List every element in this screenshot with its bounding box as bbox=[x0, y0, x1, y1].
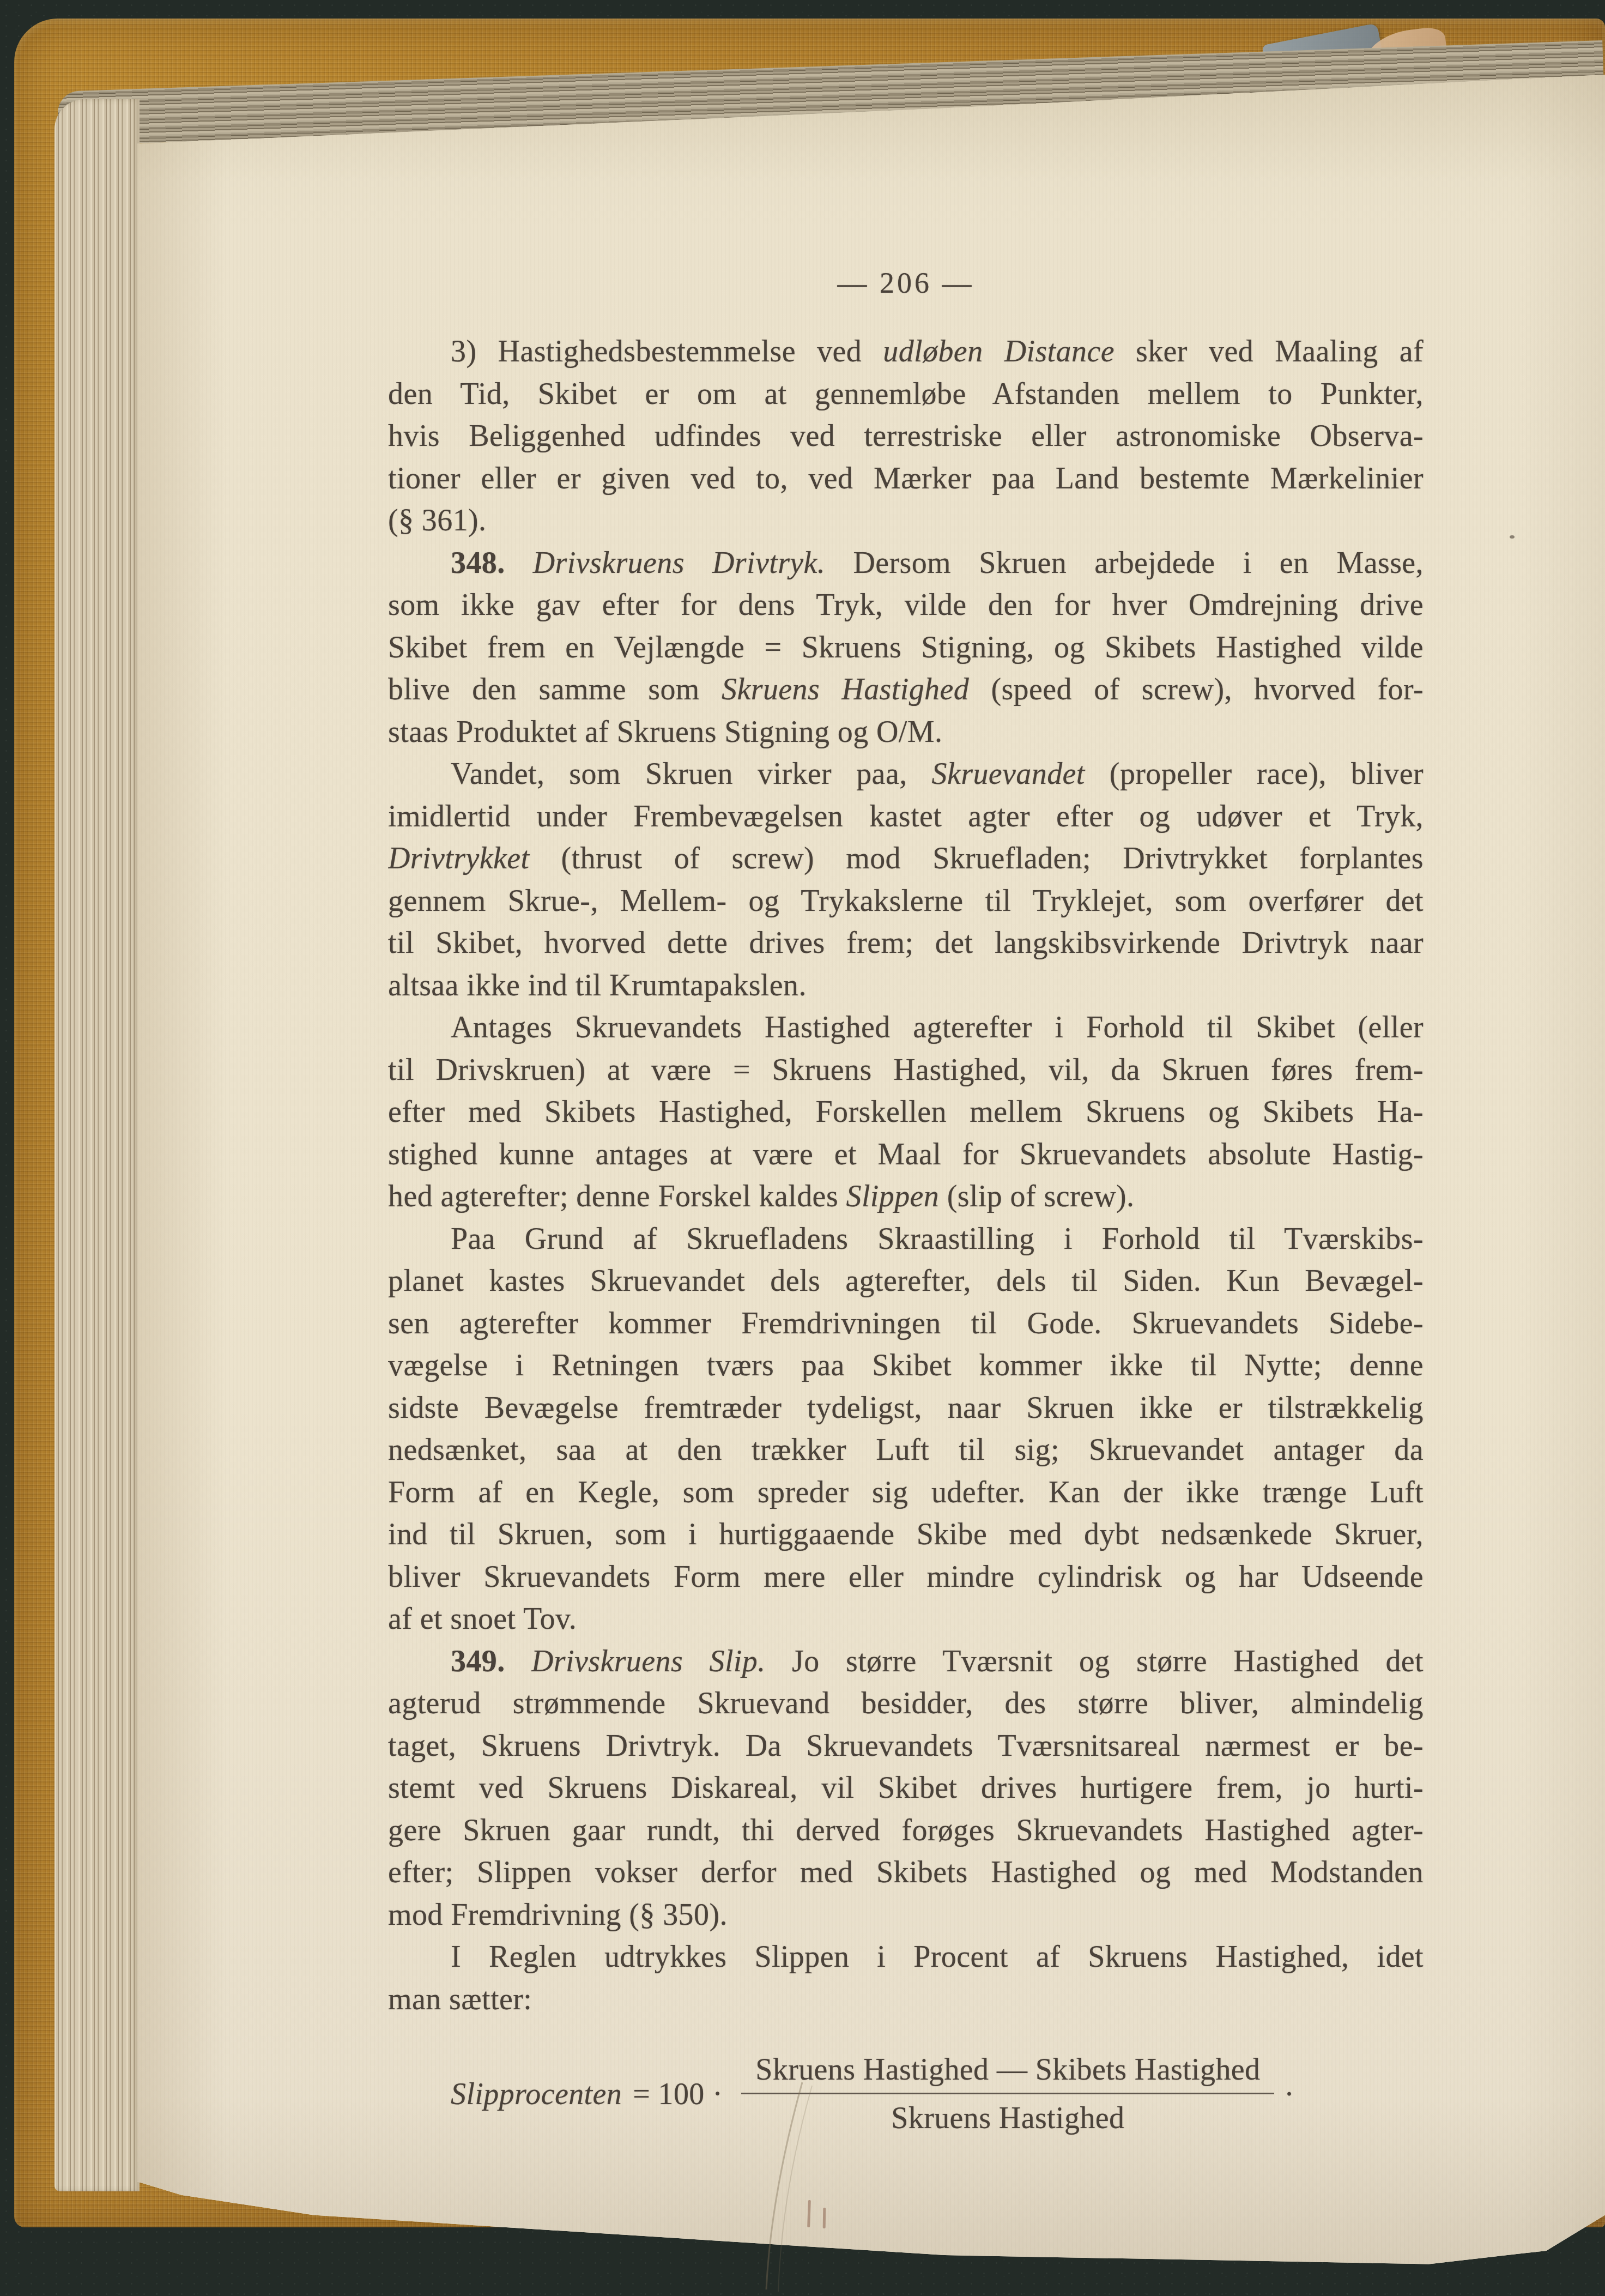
text-segment: agterud strømmende Skruevand besidder, d… bbox=[388, 1687, 1424, 1720]
formula-equals: = 100 · bbox=[633, 2077, 723, 2112]
text-line: efter med Skibets Hastighed, Forskellen … bbox=[388, 1091, 1424, 1134]
text-line: Drivtrykket (thrust of screw) mod Skruef… bbox=[388, 838, 1424, 880]
paragraph: Antages Skruevandets Hastighed agterefte… bbox=[388, 1007, 1424, 1218]
formula-period: . bbox=[1285, 2068, 1293, 2136]
text-segment: (thrust of screw) mod Skruefladen; Drivt… bbox=[529, 842, 1424, 875]
text-segment: Jo større Tværsnit og større Hastighed d… bbox=[766, 1645, 1424, 1678]
text-line: hed agterefter; denne Forskel kaldes Sli… bbox=[388, 1176, 1424, 1218]
text-segment: bliver Skruevandets Form mere eller mind… bbox=[388, 1560, 1424, 1594]
text-line: blive den samme som Skruens Hastighed (s… bbox=[388, 669, 1424, 711]
text-line: Skibet frem en Vejlængde = Skruens Stign… bbox=[388, 627, 1424, 669]
text-segment: til Skibet, hvorved dette drives frem; d… bbox=[388, 926, 1424, 960]
text-segment: udløben Distance bbox=[883, 335, 1115, 368]
text-segment: til Drivskruen) at være = Skruens Hastig… bbox=[388, 1053, 1424, 1087]
text-segment: vægelse i Retningen tværs paa Skibet kom… bbox=[388, 1349, 1424, 1382]
text-segment: gennem Skrue-, Mellem- og Trykakslerne t… bbox=[388, 884, 1424, 918]
text-segment: Skruens Hastighed bbox=[722, 673, 969, 706]
text-segment: efter med Skibets Hastighed, Forskellen … bbox=[388, 1095, 1424, 1129]
text-line: til Skibet, hvorved dette drives frem; d… bbox=[388, 922, 1424, 965]
text-segment: blive den samme som bbox=[388, 673, 722, 706]
paragraph: Vandet, som Skruen virker paa, Skruevand… bbox=[388, 753, 1424, 1007]
text-segment: sidste Bevægelse fremtræder tydeligst, n… bbox=[388, 1391, 1424, 1425]
text-segment: tioner eller er given ved to, ved Mærker… bbox=[388, 462, 1424, 496]
text-line: stemt ved Skruens Diskareal, vil Skibet … bbox=[388, 1767, 1424, 1810]
text-block: — 206 — 3) Hastighedsbestemmelse ved udl… bbox=[388, 262, 1424, 2136]
text-line: af et snoet Tov. bbox=[388, 1598, 1424, 1641]
text-flow: 3) Hastighedsbestemmelse ved udløben Dis… bbox=[388, 331, 1424, 2021]
paragraph: 3) Hastighedsbestemmelse ved udløben Dis… bbox=[388, 331, 1424, 542]
paragraph: 349. Drivskruens Slip. Jo større Tværsni… bbox=[388, 1641, 1424, 1937]
text-segment: (speed of screw), hvorved for- bbox=[969, 673, 1424, 706]
formula-fraction: Skruens Hastighed — Skibets Hastighed Sk… bbox=[741, 2052, 1274, 2136]
paragraph: Paa Grund af Skruefladens Skraastilling … bbox=[388, 1218, 1424, 1641]
text-segment: staas Produktet af Skruens Stigning og O… bbox=[388, 715, 942, 749]
text-line: Paa Grund af Skruefladens Skraastilling … bbox=[388, 1218, 1424, 1261]
text-segment: altsaa ikke ind til Krumtapakslen. bbox=[388, 969, 807, 1002]
text-segment: hvis Beliggenhed udfindes ved terrestris… bbox=[388, 419, 1424, 453]
text-line: mod Fremdrivning (§ 350). bbox=[388, 1894, 1424, 1937]
text-line: Form af en Kegle, som spreder sig udefte… bbox=[388, 1472, 1424, 1514]
text-line: vægelse i Retningen tværs paa Skibet kom… bbox=[388, 1345, 1424, 1387]
text-segment: Dersom Skruen arbejdede i en Masse, bbox=[825, 546, 1424, 580]
text-line: Antages Skruevandets Hastighed agterefte… bbox=[388, 1007, 1424, 1049]
text-line: som ikke gav efter for dens Tryk, vilde … bbox=[388, 584, 1424, 627]
text-line: ind til Skruen, som i hurtiggaaende Skib… bbox=[388, 1514, 1424, 1556]
text-segment: planet kastes Skruevandet dels agterefte… bbox=[388, 1264, 1424, 1298]
text-segment: man sætter: bbox=[388, 1983, 532, 2016]
text-line: gennem Skrue-, Mellem- og Trykakslerne t… bbox=[388, 880, 1424, 923]
text-segment: mod Fremdrivning (§ 350). bbox=[388, 1898, 728, 1932]
text-line: sen agterefter kommer Fremdrivningen til… bbox=[388, 1303, 1424, 1345]
text-segment: Vandet, som Skruen virker paa, bbox=[451, 757, 932, 791]
text-segment: gere Skruen gaar rundt, thi derved forøg… bbox=[388, 1814, 1424, 1847]
paper-speck bbox=[1510, 535, 1515, 539]
text-segment: Slippen bbox=[846, 1180, 939, 1213]
text-line: planet kastes Skruevandet dels agterefte… bbox=[388, 1260, 1424, 1303]
text-line: 349. Drivskruens Slip. Jo større Tværsni… bbox=[388, 1641, 1424, 1683]
text-segment: den Tid, Skibet er om at gennemløbe Afst… bbox=[388, 377, 1424, 411]
text-segment: Drivskruens Drivtryk. bbox=[533, 546, 826, 580]
formula-numerator: Skruens Hastighed — Skibets Hastighed bbox=[741, 2052, 1274, 2094]
text-line: hvis Beliggenhed udfindes ved terrestris… bbox=[388, 415, 1424, 458]
text-segment: I Reglen udtrykkes Slippen i Procent af … bbox=[451, 1940, 1424, 1974]
text-segment: af et snoet Tov. bbox=[388, 1602, 577, 1636]
text-segment: nedsænket, saa at den trækker Luft til s… bbox=[388, 1433, 1424, 1467]
text-segment: som ikke gav efter for dens Tryk, vilde … bbox=[388, 588, 1424, 622]
text-segment bbox=[505, 546, 533, 580]
text-segment: Drivskruens Slip. bbox=[531, 1645, 766, 1678]
text-segment: (propeller race), bliver bbox=[1085, 757, 1424, 791]
text-segment: Form af en Kegle, som spreder sig udefte… bbox=[388, 1476, 1424, 1509]
text-line: imidlertid under Frembevægelsen kastet a… bbox=[388, 796, 1424, 838]
text-segment: stighed kunne antages at være et Maal fo… bbox=[388, 1138, 1424, 1171]
text-segment: taget, Skruens Drivtryk. Da Skruevandets… bbox=[388, 1729, 1424, 1763]
text-segment: efter; Slippen vokser derfor med Skibets… bbox=[388, 1856, 1424, 1889]
pencil-mark bbox=[823, 2208, 826, 2228]
text-line: altsaa ikke ind til Krumtapakslen. bbox=[388, 965, 1424, 1007]
text-segment: Antages Skruevandets Hastighed agterefte… bbox=[451, 1011, 1424, 1044]
paragraph: 348. Drivskruens Drivtryk. Dersom Skruen… bbox=[388, 542, 1424, 754]
text-segment: Drivtrykket bbox=[388, 842, 529, 875]
formula-denominator: Skruens Hastighed bbox=[741, 2094, 1274, 2136]
text-segment bbox=[505, 1645, 531, 1678]
paragraph: I Reglen udtrykkes Slippen i Procent af … bbox=[388, 1936, 1424, 2021]
text-segment: sker ved Maaling af bbox=[1115, 335, 1424, 368]
scan-background: — 206 — 3) Hastighedsbestemmelse ved udl… bbox=[0, 0, 1605, 2296]
page-number: — 206 — bbox=[388, 262, 1424, 304]
text-segment: 348. bbox=[451, 546, 505, 580]
text-segment: 349. bbox=[451, 1645, 505, 1678]
text-line: nedsænket, saa at den trækker Luft til s… bbox=[388, 1429, 1424, 1472]
text-segment: sen agterefter kommer Fremdrivningen til… bbox=[388, 1307, 1424, 1340]
formula-lhs-term: Slipprocenten bbox=[451, 2077, 622, 2112]
text-segment: stemt ved Skruens Diskareal, vil Skibet … bbox=[388, 1771, 1424, 1805]
text-line: 3) Hastighedsbestemmelse ved udløben Dis… bbox=[388, 331, 1424, 373]
text-line: til Drivskruen) at være = Skruens Hastig… bbox=[388, 1049, 1424, 1092]
text-line: taget, Skruens Drivtryk. Da Skruevandets… bbox=[388, 1725, 1424, 1768]
text-segment: Skruevandet bbox=[932, 757, 1085, 791]
text-line: Vandet, som Skruen virker paa, Skruevand… bbox=[388, 753, 1424, 796]
text-line: I Reglen udtrykkes Slippen i Procent af … bbox=[388, 1936, 1424, 1979]
slip-formula: Slipprocenten = 100 · Skruens Hastighed … bbox=[388, 2052, 1424, 2136]
text-line: stighed kunne antages at være et Maal fo… bbox=[388, 1134, 1424, 1176]
text-line: (§ 361). bbox=[388, 500, 1424, 542]
text-line: agterud strømmende Skruevand besidder, d… bbox=[388, 1683, 1424, 1725]
text-segment: hed agterefter; denne Forskel kaldes bbox=[388, 1180, 846, 1213]
text-line: staas Produktet af Skruens Stigning og O… bbox=[388, 711, 1424, 754]
text-segment: 3) Hastighedsbestemmelse ved bbox=[451, 335, 883, 368]
text-line: sidste Bevægelse fremtræder tydeligst, n… bbox=[388, 1387, 1424, 1430]
text-segment: Paa Grund af Skruefladens Skraastilling … bbox=[451, 1222, 1424, 1256]
text-segment: Skibet frem en Vejlængde = Skruens Stign… bbox=[388, 631, 1424, 664]
text-line: 348. Drivskruens Drivtryk. Dersom Skruen… bbox=[388, 542, 1424, 585]
text-line: den Tid, Skibet er om at gennemløbe Afst… bbox=[388, 373, 1424, 416]
text-line: tioner eller er given ved to, ved Mærker… bbox=[388, 458, 1424, 500]
text-line: man sætter: bbox=[388, 1979, 1424, 2021]
text-line: bliver Skruevandets Form mere eller mind… bbox=[388, 1556, 1424, 1599]
text-segment: ind til Skruen, som i hurtiggaaende Skib… bbox=[388, 1518, 1424, 1551]
text-segment: imidlertid under Frembevægelsen kastet a… bbox=[388, 800, 1424, 833]
text-segment: (§ 361). bbox=[388, 504, 487, 537]
text-segment: (slip of screw). bbox=[939, 1180, 1134, 1213]
text-line: gere Skruen gaar rundt, thi derved forøg… bbox=[388, 1810, 1424, 1852]
book-page: — 206 — 3) Hastighedsbestemmelse ved udl… bbox=[137, 48, 1605, 2277]
page-edges-left bbox=[54, 99, 140, 2191]
text-line: efter; Slippen vokser derfor med Skibets… bbox=[388, 1852, 1424, 1894]
